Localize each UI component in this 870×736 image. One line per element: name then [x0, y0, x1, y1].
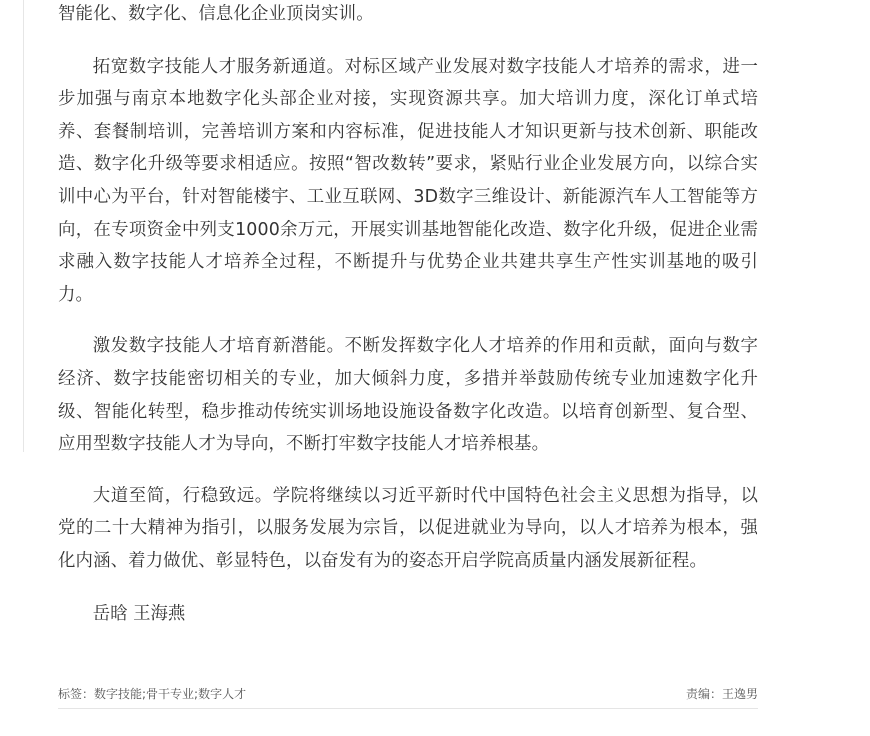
article-body: 智能化、数字化、信息化企业顶岗实训。 拓宽数字技能人才服务新通道。对标区域产业发…: [58, 0, 758, 630]
article-author: 岳晗 王海燕: [58, 598, 758, 630]
article-meta-bar: 标签：数字技能;骨干专业;数字人才 责编：王逸男: [58, 680, 758, 709]
article-paragraph-3: 激发数字技能人才培育新潜能。不断发挥数字化人才培养的作用和贡献，面向与数字经济、…: [58, 330, 758, 460]
left-border-rule: [23, 0, 24, 452]
tags-label: 标签：数字技能;骨干专业;数字人才: [58, 684, 246, 704]
article-paragraph-1: 智能化、数字化、信息化企业顶岗实训。: [58, 0, 758, 31]
article-paragraph-4: 大道至简，行稳致远。学院将继续以习近平新时代中国特色社会主义思想为指导，以党的二…: [58, 480, 758, 578]
article-paragraph-2: 拓宽数字技能人才服务新通道。对标区域产业发展对数字技能人才培养的需求，进一步加强…: [58, 51, 758, 312]
editor-label: 责编：王逸男: [686, 684, 758, 704]
